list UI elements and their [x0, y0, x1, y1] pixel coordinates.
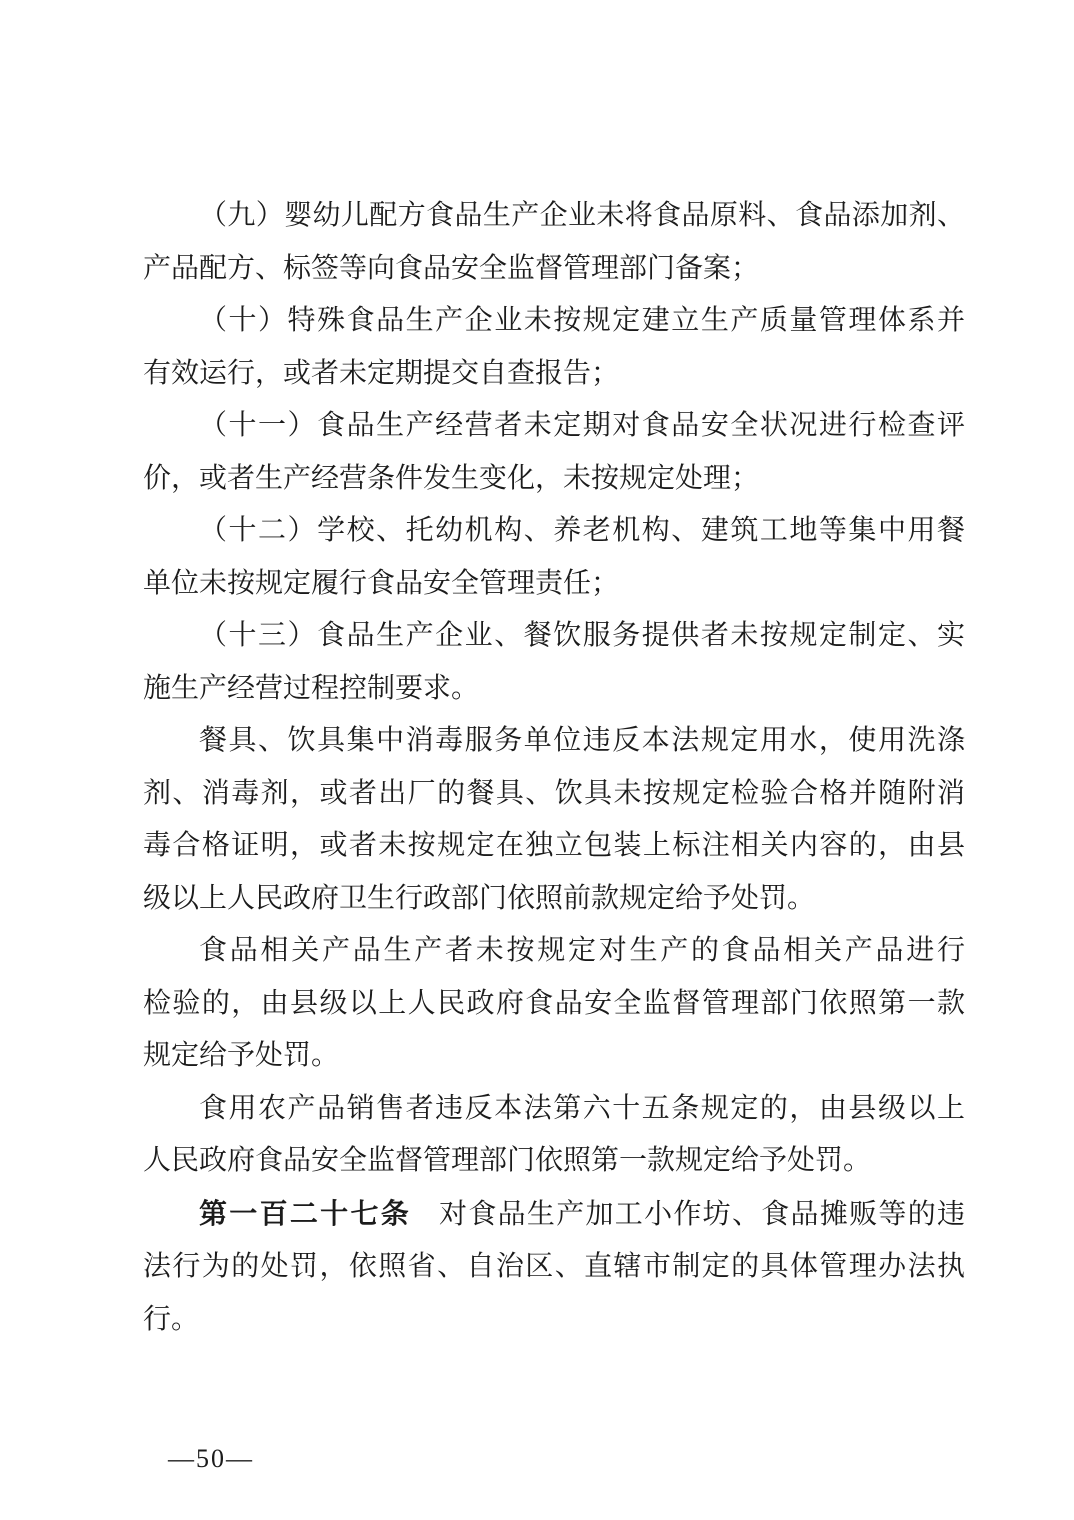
- clause-10-paragraph: （十）特殊食品生产企业未按规定建立生产质量管理体系并 有效运行，或者未定期提交自…: [143, 295, 965, 400]
- article-first-line-text: 对食品生产加工小作坊、食品摊贩等的违: [439, 1199, 965, 1230]
- text-line: 食用农产品销售者违反本法第六十五条规定的，由县级以上: [143, 1083, 965, 1136]
- article-127-paragraph: 第一百二十七条对食品生产加工小作坊、食品摊贩等的违 法行为的处罚，依照省、自治区…: [143, 1188, 965, 1347]
- text-line: 检验的，由县级以上人民政府食品安全监督管理部门依照第一款: [143, 978, 965, 1031]
- text-line: 价，或者生产经营条件发生变化，未按规定处理；: [143, 453, 965, 506]
- edible-agricultural-products-paragraph: 食用农产品销售者违反本法第六十五条规定的，由县级以上 人民政府食品安全监督管理部…: [143, 1083, 965, 1188]
- text-line: 行。: [143, 1294, 965, 1347]
- text-line: 施生产经营过程控制要求。: [143, 663, 965, 716]
- clause-13-paragraph: （十三）食品生产企业、餐饮服务提供者未按规定制定、实 施生产经营过程控制要求。: [143, 610, 965, 715]
- text-line: 单位未按规定履行食品安全管理责任；: [143, 558, 965, 611]
- text-line: 产品配方、标签等向食品安全监督管理部门备案；: [143, 243, 965, 296]
- text-line: （十一）食品生产经营者未定期对食品安全状况进行检查评: [143, 400, 965, 453]
- text-line: （十三）食品生产企业、餐饮服务提供者未按规定制定、实: [143, 610, 965, 663]
- text-line: 级以上人民政府卫生行政部门依照前款规定给予处罚。: [143, 873, 965, 926]
- clause-12-paragraph: （十二）学校、托幼机构、养老机构、建筑工地等集中用餐 单位未按规定履行食品安全管…: [143, 505, 965, 610]
- text-line: 毒合格证明，或者未按规定在独立包装上标注相关内容的，由县: [143, 820, 965, 873]
- text-line: 法行为的处罚，依照省、自治区、直辖市制定的具体管理办法执: [143, 1241, 965, 1294]
- clause-11-paragraph: （十一）食品生产经营者未定期对食品安全状况进行检查评 价，或者生产经营条件发生变…: [143, 400, 965, 505]
- text-line: （十）特殊食品生产企业未按规定建立生产质量管理体系并: [143, 295, 965, 348]
- text-line: （十二）学校、托幼机构、养老机构、建筑工地等集中用餐: [143, 505, 965, 558]
- text-line: 有效运行，或者未定期提交自查报告；: [143, 348, 965, 401]
- article-number: 第一百二十七条: [199, 1198, 411, 1229]
- text-line: （九）婴幼儿配方食品生产企业未将食品原料、食品添加剂、: [143, 190, 965, 243]
- text-line: 食品相关产品生产者未按规定对生产的食品相关产品进行: [143, 925, 965, 978]
- page-number: —50—: [168, 1444, 254, 1474]
- document-page: （九）婴幼儿配方食品生产企业未将食品原料、食品添加剂、 产品配方、标签等向食品安…: [0, 0, 1074, 1520]
- text-line: 第一百二十七条对食品生产加工小作坊、食品摊贩等的违: [143, 1188, 965, 1242]
- clause-9-paragraph: （九）婴幼儿配方食品生产企业未将食品原料、食品添加剂、 产品配方、标签等向食品安…: [143, 190, 965, 295]
- text-line: 餐具、饮具集中消毒服务单位违反本法规定用水，使用洗涤: [143, 715, 965, 768]
- text-line: 人民政府食品安全监督管理部门依照第一款规定给予处罚。: [143, 1135, 965, 1188]
- food-related-products-paragraph: 食品相关产品生产者未按规定对生产的食品相关产品进行 检验的，由县级以上人民政府食…: [143, 925, 965, 1083]
- text-line: 剂、消毒剂，或者出厂的餐具、饮具未按规定检验合格并随附消: [143, 768, 965, 821]
- tableware-disinfection-paragraph: 餐具、饮具集中消毒服务单位违反本法规定用水，使用洗涤 剂、消毒剂，或者出厂的餐具…: [143, 715, 965, 925]
- text-line: 规定给予处罚。: [143, 1030, 965, 1083]
- document-text-block: （九）婴幼儿配方食品生产企业未将食品原料、食品添加剂、 产品配方、标签等向食品安…: [143, 190, 965, 1346]
